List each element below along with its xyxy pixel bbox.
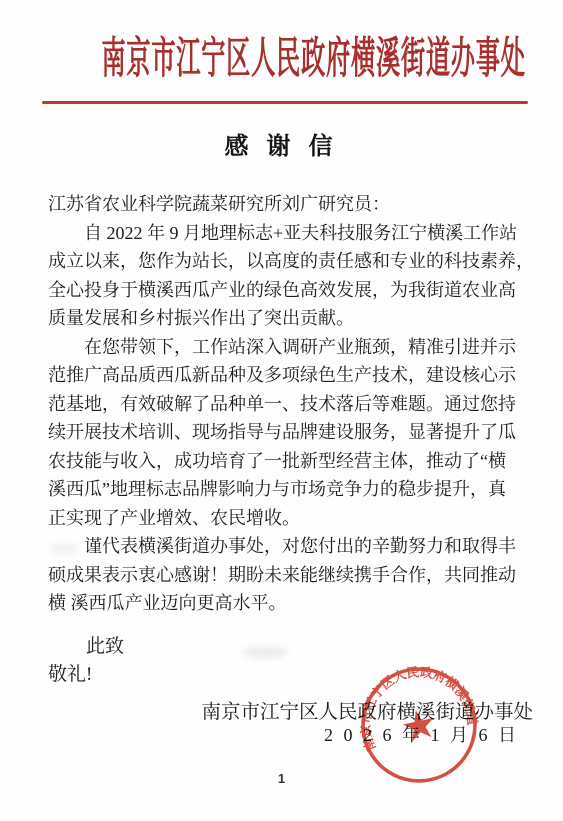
scan-smudge: [242, 646, 288, 659]
body-line: 范推广高品质西瓜新品种及多项绿色生产技术，建设核心示: [48, 361, 522, 390]
signature-org: 南京市江宁区人民政府横溪街道办事处: [201, 696, 533, 724]
body-line: 范基地，有效破解了品种单一、技术落后等难题。通过您持: [48, 390, 522, 419]
body-line: 谨代表横溪街道办事处，对您付出的辛勤努力和取得丰: [48, 532, 522, 561]
letter-title: 感 谢 信: [0, 126, 563, 161]
body-line: 江苏省农业科学院蔬菜研究所刘广研究员：: [48, 190, 522, 219]
body-line: 农技能与收入，成功培育了一批新型经营主体，推动了“横: [48, 447, 522, 476]
body-line: 成立以来，您作为站长，以高度的责任感和专业的科技素养，: [48, 247, 522, 276]
body-line: 自 2022 年 9 月地理标志+亚夫科技服务江宁横溪工作站: [48, 219, 522, 248]
body-line: 正实现了产业增效、农民增收。: [48, 504, 522, 533]
closing-zhici: 此致: [48, 631, 124, 658]
letter-body: 江苏省农业科学院蔬菜研究所刘广研究员： 自 2022 年 9 月地理标志+亚夫科…: [48, 190, 522, 618]
signature-date: 2 0 2 6 年 1 月 6 日: [324, 721, 519, 747]
letter-page: 南京市江宁区人民政府横溪街道办事处 感 谢 信 江苏省农业科学院蔬菜研究所刘广研…: [0, 0, 563, 821]
body-line: 横 溪西瓜产业迈向更高水平。: [48, 589, 522, 618]
scan-smudge: [50, 543, 78, 554]
body-line: 在您带领下，工作站深入调研产业瓶颈，精准引进并示: [48, 333, 522, 362]
body-line: 续开展技术培训、现场指导与品牌建设服务，显著提升了瓜: [48, 418, 522, 447]
body-line: 全心投身于横溪西瓜产业的绿色高效发展，为我街道农业高: [48, 276, 522, 305]
body-line: 质量发展和乡村振兴作出了突出贡献。: [48, 304, 522, 333]
body-line: 硕成果表示衷心感谢！期盼未来能继续携手合作，共同推动: [48, 561, 522, 590]
page-number: 1: [0, 771, 563, 786]
closing-jingli: 敬礼!: [48, 659, 92, 686]
body-line: 溪西瓜”地理标志品牌影响力与市场竞争力的稳步提升，真: [48, 475, 522, 504]
letterhead-title: 南京市江宁区人民政府横溪街道办事处: [101, 37, 461, 81]
letterhead-rule: [42, 101, 528, 104]
